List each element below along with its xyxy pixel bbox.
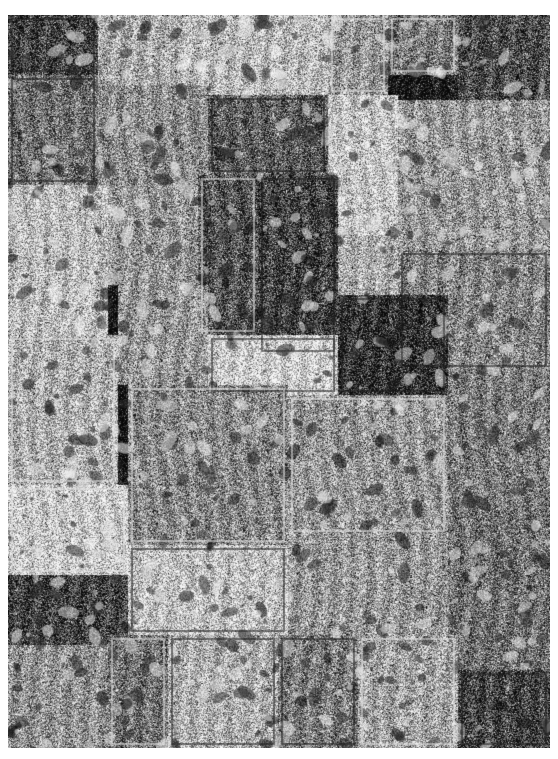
rug-texture (8, 15, 550, 748)
product-photo (0, 0, 558, 759)
patchwork-rug (8, 15, 550, 748)
